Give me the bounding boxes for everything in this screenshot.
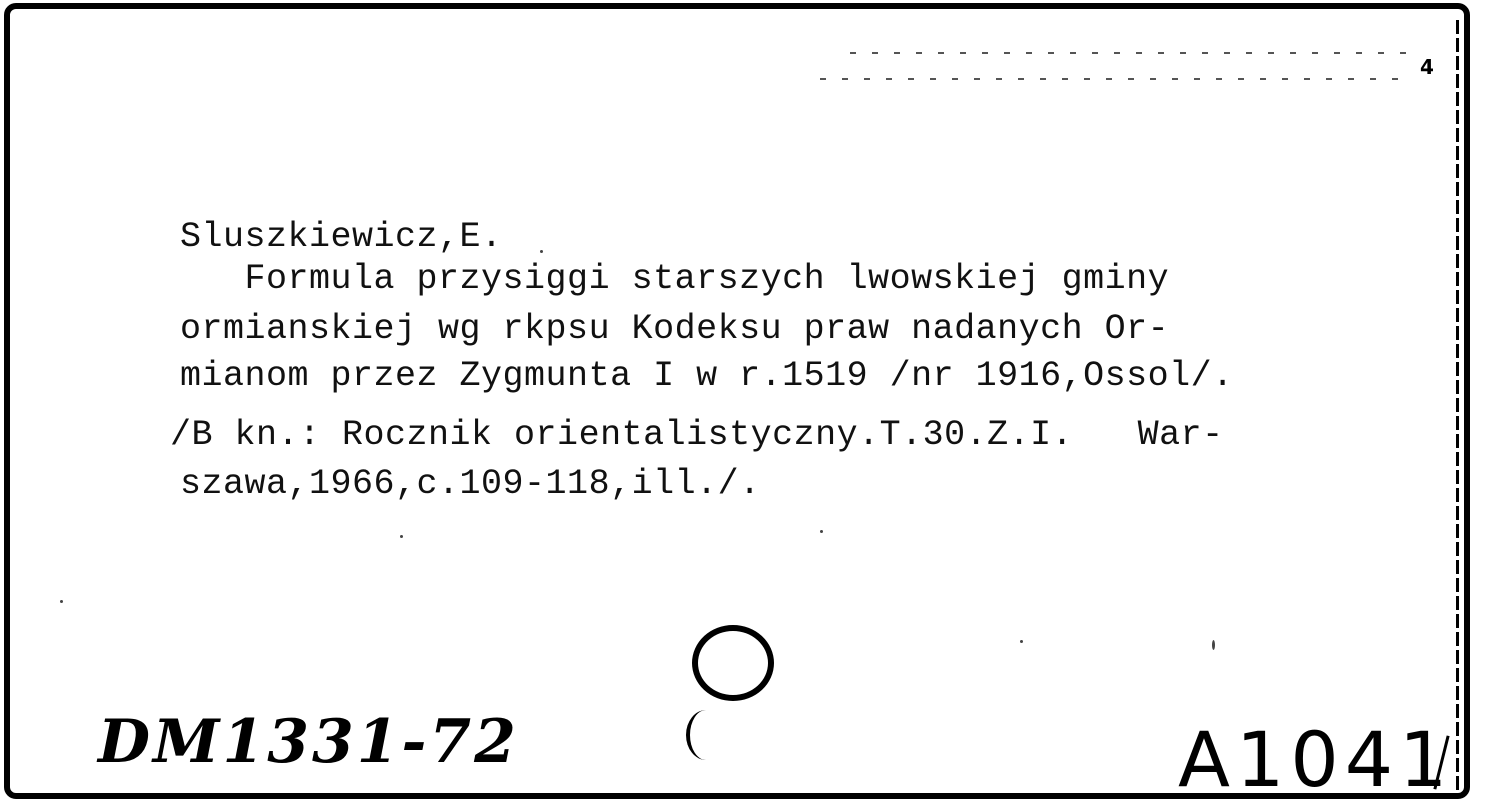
punch-hole <box>692 625 774 701</box>
card-title-line: ormianskiej wg rkpsu Kodeksu praw nadany… <box>180 312 1169 347</box>
speck <box>1212 640 1215 650</box>
speck <box>1020 640 1023 643</box>
speck <box>820 530 823 533</box>
card-source-line: szawa,1966,c.109-118,ill./. <box>180 467 761 502</box>
corner-mark: 4 <box>1420 58 1450 76</box>
card-inner-rule <box>1456 20 1459 795</box>
handwritten-inventory-number: A1041 <box>1178 722 1453 798</box>
punch-hole-mark <box>686 710 726 760</box>
faint-ruling-line <box>820 78 1410 80</box>
card-title-line: Formula przysiggi starszych lwowskiej gm… <box>180 262 1169 297</box>
handwritten-shelfmark: DM1331-72 <box>98 712 519 772</box>
faint-ruling-line <box>850 52 1410 54</box>
card-title-line: mianom przez Zygmunta I w r.1519 /nr 191… <box>180 359 1234 394</box>
speck <box>400 535 403 538</box>
speck <box>540 250 543 253</box>
speck <box>60 600 63 603</box>
card-author: Sluszkiewicz,E. <box>180 220 503 255</box>
card-source-line: /B kn.: Rocznik orientalistyczny.T.30.Z.… <box>170 418 1224 453</box>
